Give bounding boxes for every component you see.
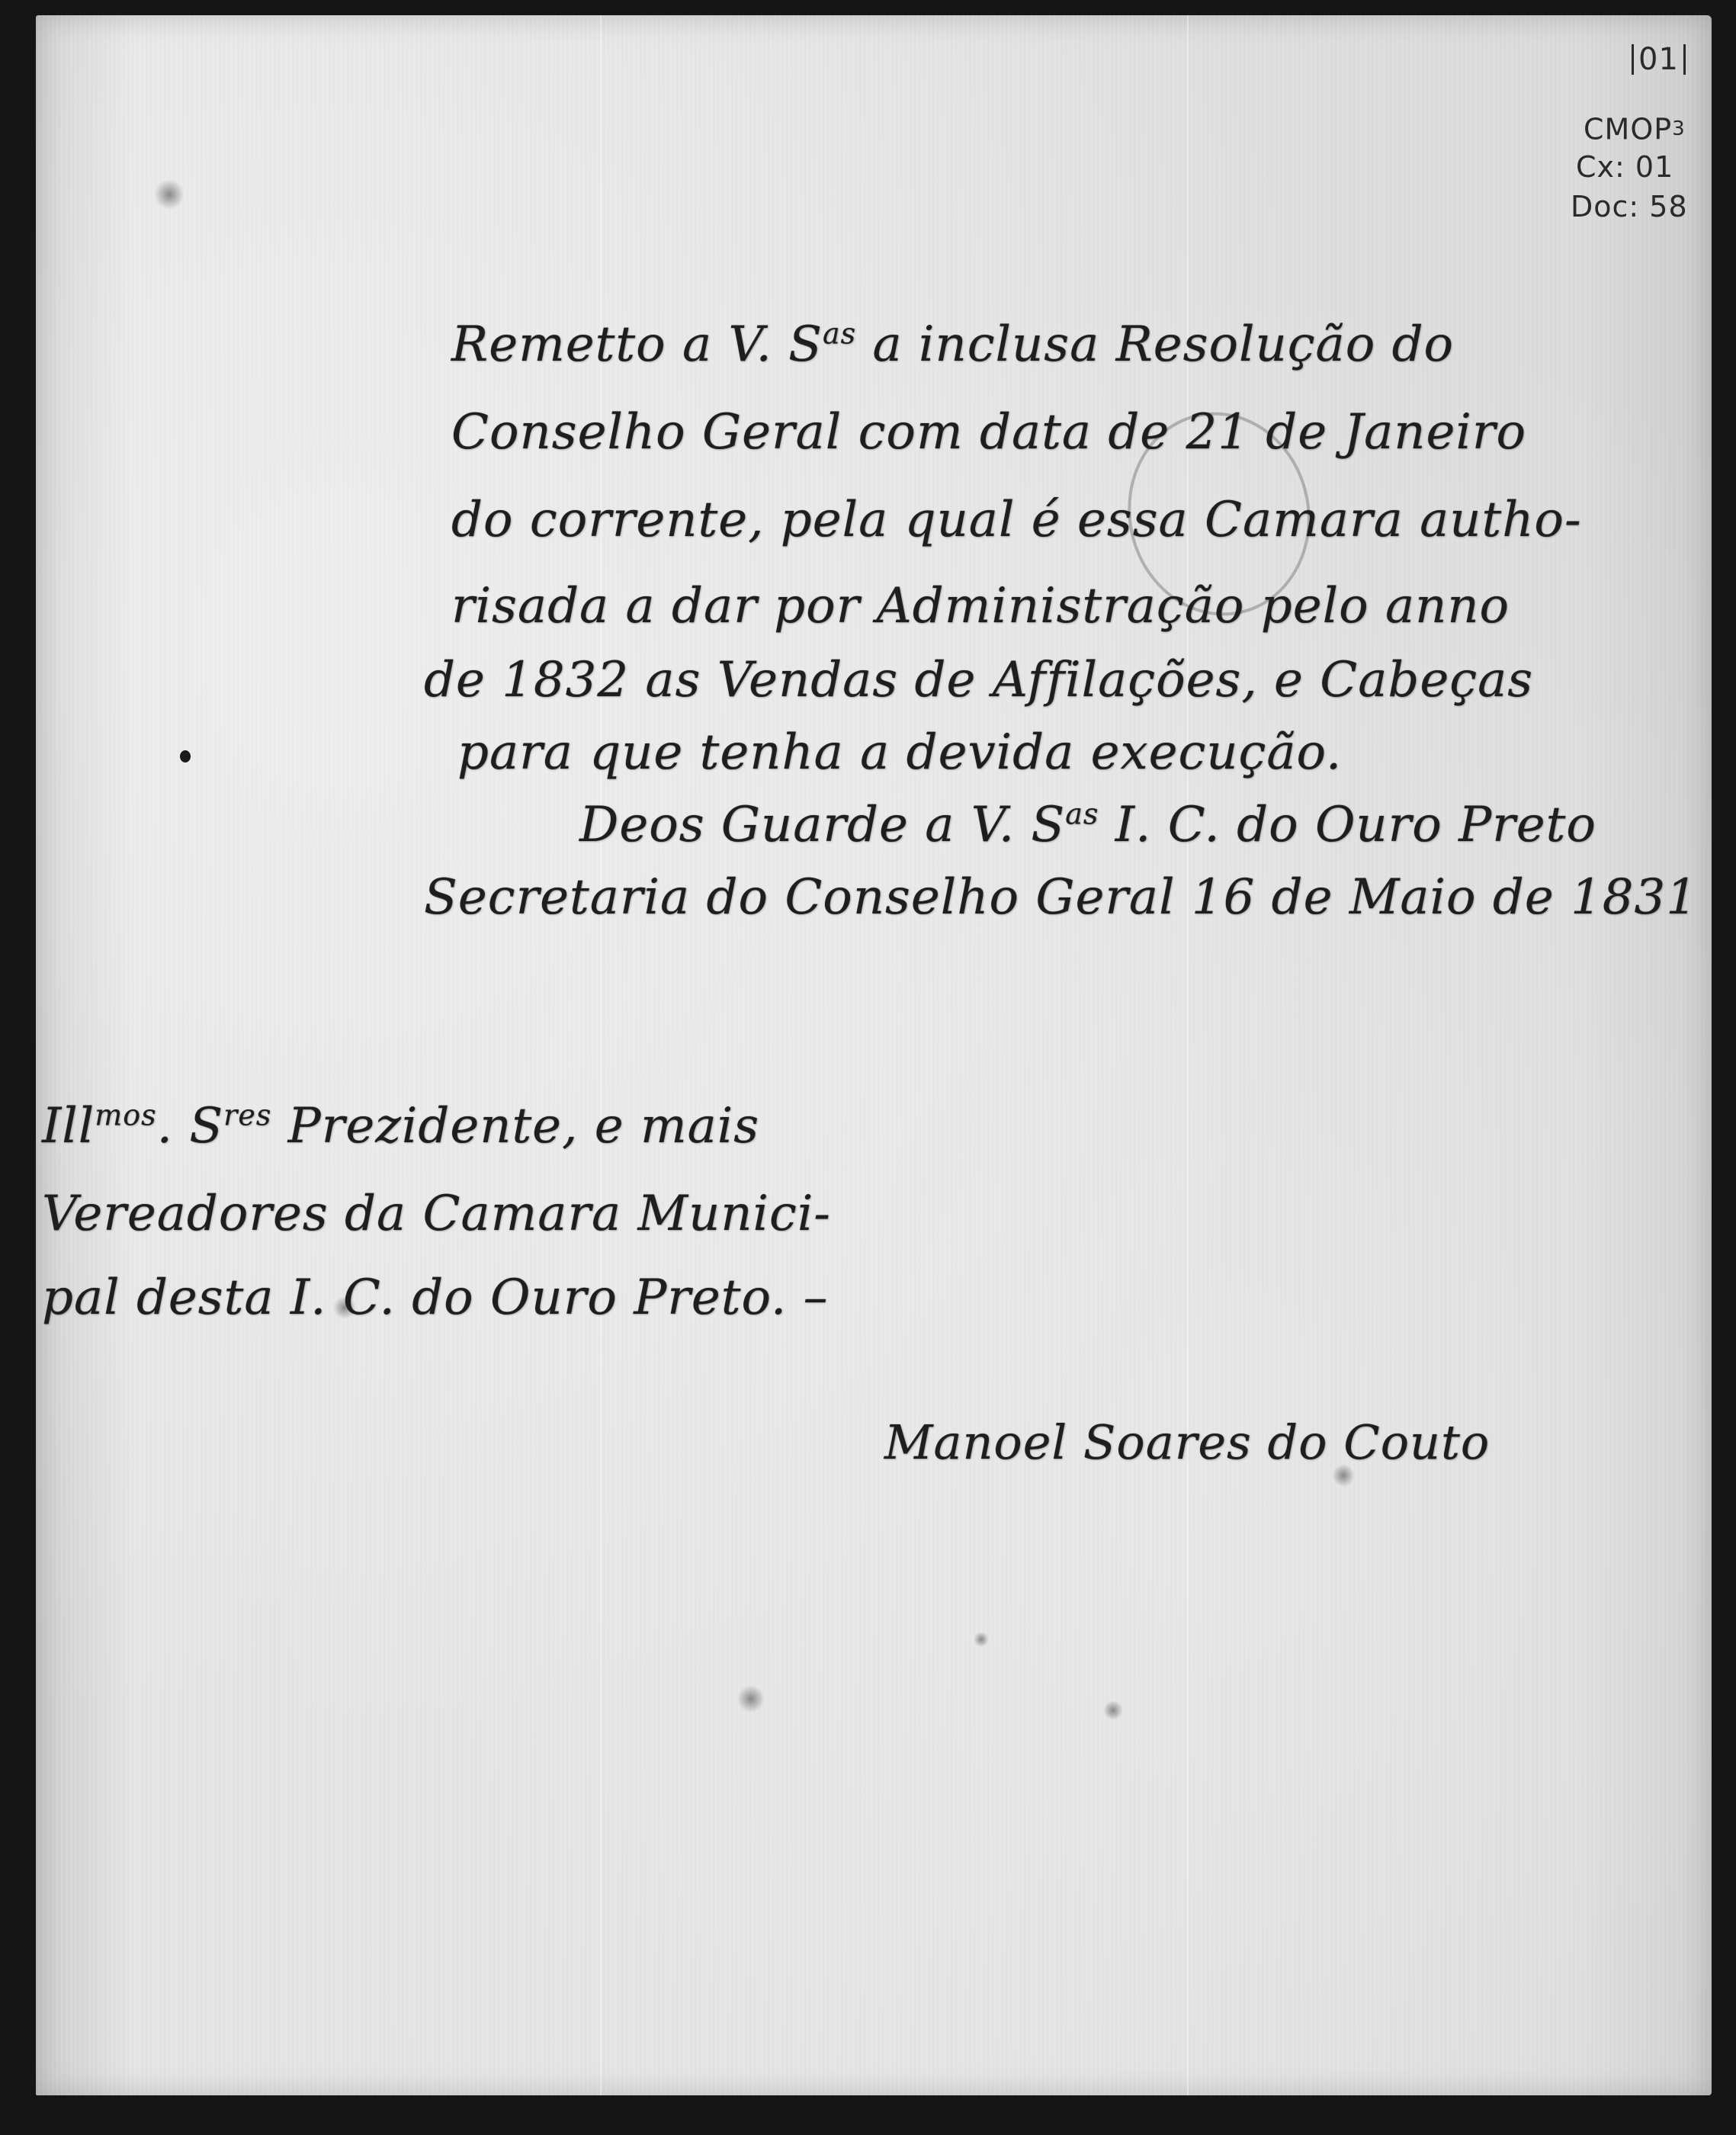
body-line: Remetto a V. Sas a inclusa Resolução do xyxy=(451,316,1454,373)
abbreviation-superscript: as xyxy=(1065,798,1099,831)
archive-doc-number: Doc: 58 xyxy=(1571,192,1688,221)
foxing-spot xyxy=(974,1632,989,1647)
closing-text: I. C. do Ouro Preto xyxy=(1099,797,1596,853)
body-line-text: Remetto a V. S xyxy=(451,316,823,373)
addressee-line: Illmos. Sres Prezidente, e mais xyxy=(42,1098,759,1154)
foxing-spot xyxy=(154,179,185,210)
abbreviation-superscript: res xyxy=(223,1099,271,1132)
ink-dot xyxy=(180,750,191,762)
collection-text: CMOP xyxy=(1584,113,1672,146)
archive-item-number: 01 xyxy=(1632,44,1686,75)
addressee-text: . S xyxy=(157,1098,224,1154)
foxing-spot xyxy=(737,1685,765,1713)
item-number-text: 01 xyxy=(1638,42,1679,77)
archive-collection-code: CMOP3 xyxy=(1584,113,1686,144)
abbreviation-superscript: mos xyxy=(95,1099,156,1132)
addressee-line: Vereadores da Camara Munici- xyxy=(42,1186,831,1242)
addressee-text: Ill xyxy=(42,1098,95,1154)
body-line: do corrente, pela qual é essa Camara aut… xyxy=(451,492,1582,548)
body-line: de 1832 as Vendas de Affilações, e Cabeç… xyxy=(424,652,1533,708)
place-and-date: Secretaria do Conselho Geral 16 de Maio … xyxy=(424,869,1698,926)
body-line: risada a dar por Administração pelo anno xyxy=(451,578,1510,634)
closing-text: Deos Guarde a V. S xyxy=(579,797,1065,853)
collection-superscript: 3 xyxy=(1672,117,1686,140)
archive-box-number: Cx: 01 xyxy=(1576,152,1673,181)
addressee-line: pal desta I. C. do Ouro Preto. – xyxy=(42,1270,829,1326)
signature: Manoel Soares do Couto xyxy=(884,1414,1490,1470)
foxing-spot xyxy=(1103,1700,1123,1720)
abbreviation-superscript: as xyxy=(823,317,856,351)
body-line-text: a inclusa Resolução do xyxy=(856,316,1454,373)
closing-salutation: Deos Guarde a V. Sas I. C. do Ouro Preto xyxy=(579,797,1596,853)
body-line: para que tenha a devida execução. xyxy=(457,724,1342,781)
addressee-text: Prezidente, e mais xyxy=(271,1098,759,1154)
body-line: Conselho Geral com data de 21 de Janeiro xyxy=(451,404,1526,461)
document-scan: 01 CMOP3 Cx: 01 Doc: 58 Remetto a V. Sas… xyxy=(0,0,1736,2135)
